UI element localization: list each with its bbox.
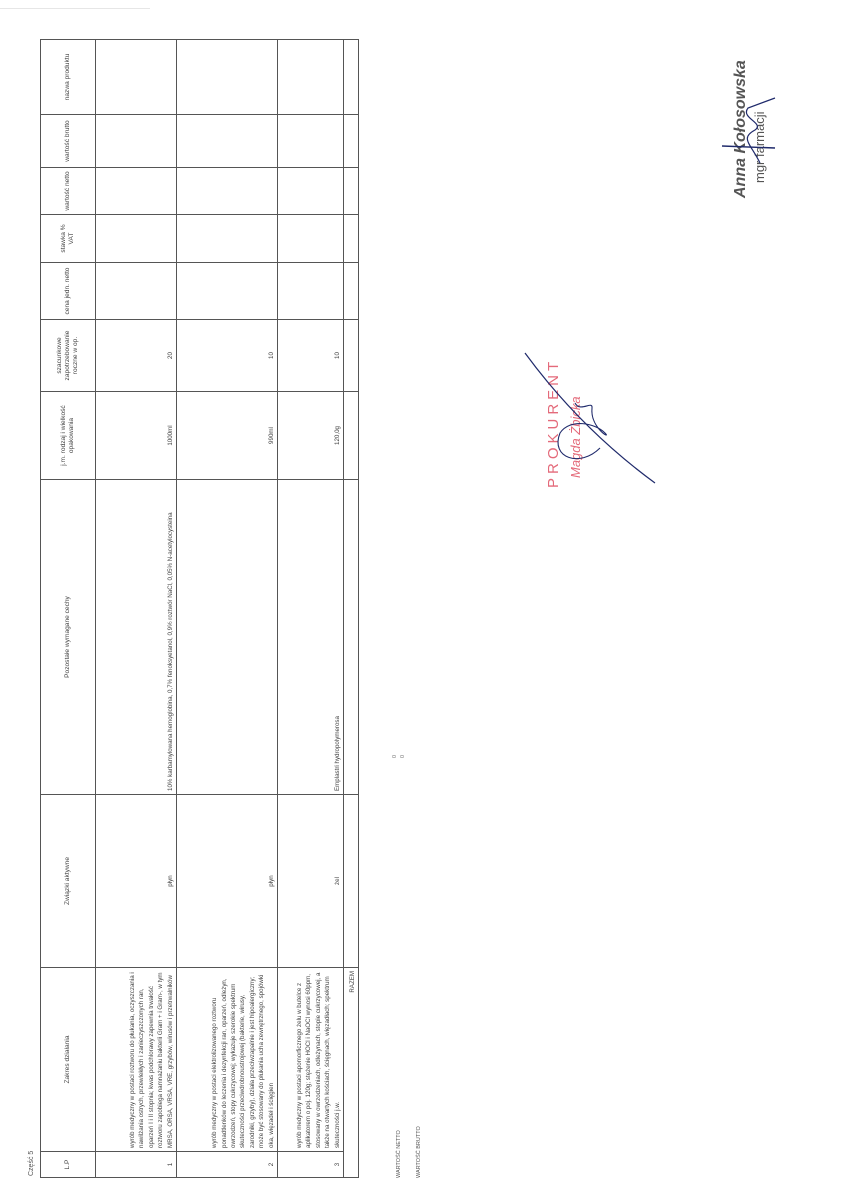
cell-zwiazki: płyn xyxy=(177,795,278,968)
cell-netto[interactable] xyxy=(96,168,177,215)
header-lp: L.P xyxy=(41,1152,96,1178)
section-label: Część 5 xyxy=(28,1151,35,1176)
header-nazwa: nazwa produktu xyxy=(41,40,96,115)
summary-brutto-label: WARTOŚĆ BRUTTO xyxy=(416,1126,422,1178)
total-empty xyxy=(344,320,359,392)
cell-zakres: wyrób medyczny w postaci roztworu do płu… xyxy=(96,968,177,1152)
cell-netto[interactable] xyxy=(177,168,278,215)
cell-jm: 1000ml xyxy=(96,392,177,480)
total-netto[interactable] xyxy=(344,168,359,215)
cell-netto[interactable] xyxy=(278,168,344,215)
header-stawka: stawka % VAT xyxy=(41,215,96,263)
summary-brutto-value: 0 xyxy=(399,755,408,758)
total-label: RAZEM xyxy=(344,968,359,1178)
total-empty xyxy=(344,215,359,263)
header-szacunkowe: szacunkowe zapotrzebowanie roczne w op. xyxy=(41,320,96,392)
total-empty xyxy=(344,40,359,115)
total-empty xyxy=(344,392,359,480)
total-brutto[interactable] xyxy=(344,115,359,168)
signatory-signature-icon xyxy=(720,78,780,178)
table-row: 1 wyrób medyczny w postaci roztworu do p… xyxy=(96,40,177,1178)
header-jm: j.m. rodzaj i wielkość opakowania xyxy=(41,392,96,480)
header-zakres: Zakres działania xyxy=(41,968,96,1152)
total-row: RAZEM xyxy=(344,40,359,1178)
cell-szacunkowe: 20 xyxy=(96,320,177,392)
cell-stawka[interactable] xyxy=(177,215,278,263)
cell-cena[interactable] xyxy=(177,263,278,320)
total-empty xyxy=(344,263,359,320)
summary-netto-label: WARTOŚĆ NETTO xyxy=(396,1130,402,1178)
cell-zwiazki: żel xyxy=(278,795,344,968)
table-row: 3 wyrób medyczny w postaci apomorficzneg… xyxy=(278,40,344,1178)
cell-stawka[interactable] xyxy=(278,215,344,263)
cell-zakres: wyrób medyczny w postaci apomorficznego … xyxy=(278,968,344,1152)
cell-jm: 990ml xyxy=(177,392,278,480)
prokurent-signature-icon xyxy=(520,348,660,488)
cell-stawka[interactable] xyxy=(96,215,177,263)
cell-lp: 3 xyxy=(278,1152,344,1178)
table-row: 2 wyrób medyczny w postaci elektrolizowa… xyxy=(177,40,278,1178)
header-netto: wartość netto xyxy=(41,168,96,215)
cell-brutto[interactable] xyxy=(177,115,278,168)
cell-szacunkowe: 10 xyxy=(278,320,344,392)
cell-zwiazki: płyn xyxy=(96,795,177,968)
cell-lp: 2 xyxy=(177,1152,278,1178)
cell-brutto[interactable] xyxy=(96,115,177,168)
cell-lp: 1 xyxy=(96,1152,177,1178)
table-header-row: L.P Zakres działania Związki aktywne Poz… xyxy=(41,40,96,1178)
offer-table: L.P Zakres działania Związki aktywne Poz… xyxy=(40,39,359,1178)
cell-nazwa[interactable] xyxy=(177,40,278,115)
header-cena: cena jedn. netto xyxy=(41,263,96,320)
cell-cena[interactable] xyxy=(96,263,177,320)
cell-szacunkowe: 10 xyxy=(177,320,278,392)
cell-cena[interactable] xyxy=(278,263,344,320)
total-empty xyxy=(344,480,359,795)
cell-jm: 120,0g xyxy=(278,392,344,480)
header-brutto: wartość brutto xyxy=(41,115,96,168)
cell-brutto[interactable] xyxy=(278,115,344,168)
rotated-offer-sheet: Część 5 L.P Zakres działania Związki akt… xyxy=(40,38,370,1178)
cell-nazwa[interactable] xyxy=(278,40,344,115)
cell-zakres: wyrób medyczny w postaci elektrolizowane… xyxy=(177,968,278,1152)
cell-nazwa[interactable] xyxy=(96,40,177,115)
cell-pozostale: 10% karbamylowana hemoglobina, 0,7% feno… xyxy=(96,480,177,795)
scan-edge xyxy=(0,8,150,9)
header-pozostale: Pozostałe wymagane cechy xyxy=(41,480,96,795)
cell-pozostale xyxy=(177,480,278,795)
cell-pozostale: Emplastri hydropolymerosa xyxy=(278,480,344,795)
total-empty xyxy=(344,795,359,968)
header-zwiazki: Związki aktywne xyxy=(41,795,96,968)
